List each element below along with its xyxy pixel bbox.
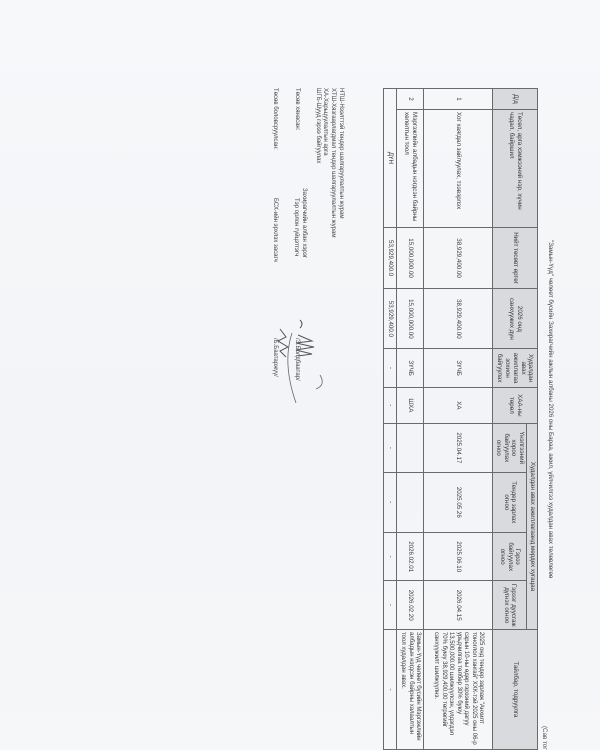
approved-label: Төсөв боловсруулсан: <box>272 88 278 150</box>
prepared-label: Төсөв хянасан: <box>294 88 300 130</box>
prepared-title: Захирагчийн албан хэрэг <box>301 188 307 258</box>
cell-no: 1 <box>424 89 493 110</box>
cell-total-price: 38,929,400.00 <box>424 227 493 289</box>
header-contract-date: Гэрээ байгуулах огноо <box>493 532 527 581</box>
footer: НТШ-Нээлттэй тендер шалгаруулалтын журам… <box>313 88 344 237</box>
cell-method: ХА <box>424 387 493 423</box>
cell-announce-date <box>397 423 424 472</box>
total-dash: - <box>384 423 397 472</box>
cell-budget-2026: 15,000,000.00 <box>397 289 424 349</box>
abbreviations-list: НТШ-Нээлттэй тендер шалгаруулалтын журам… <box>313 88 344 237</box>
header-tender-date: Тендер зарлах огноо <box>493 472 527 532</box>
abbreviation-item: НТШ-Нээлттэй тендер шалгаруулалтын журам <box>336 88 344 237</box>
total-dash: - <box>384 629 397 749</box>
header-no: Д/д <box>493 89 538 110</box>
document-title: "Замын-Үүд" чөлөөт бүсийн Захирагчийн аж… <box>547 240 554 578</box>
handwritten-signature-icon <box>268 315 338 405</box>
table-row: 2 Мэргэжлийн албадын нэгдсэн байрны хөлө… <box>397 89 424 750</box>
cell-funding-source: ЗҮЧБ <box>424 349 493 387</box>
corner-note: (Сав тогт <box>541 726 548 750</box>
cell-announce-date: 2025.04.17 <box>424 423 493 472</box>
abbreviation-item: ХА-Харьцуулалтын арга <box>321 88 329 237</box>
cell-total-price: 15,000,000.00 <box>397 227 424 289</box>
cell-tender-date <box>397 472 424 532</box>
header-completion-date: Гэрээг дуусгаж дүгнэх огноо <box>493 581 527 630</box>
prepared-title-2: Тэр орлон гүйцэтгэгч <box>293 198 299 256</box>
total-dash: - <box>384 472 397 532</box>
approved-title: БСХ-ийн эрхлэх засагч <box>272 198 278 262</box>
total-budget-2026: 53,929,400.0 <box>384 289 397 349</box>
header-budget-2026: 2026 онд санхүүжих дүн <box>493 289 538 349</box>
header-name: Төсөл, арга хэмжээний нэр, хүчин чадал, … <box>493 110 538 228</box>
cell-completion-date: 2026.02.20 <box>397 581 424 630</box>
header-method: ХАА-ны төрөл <box>493 387 538 423</box>
cell-tender-date: 2025.05.26 <box>424 472 493 532</box>
cell-completion-date: 2026.04.15 <box>424 581 493 630</box>
cell-notes: Замын-Үүд чөлөөт бүсийн Мэргэжлийн албад… <box>397 629 424 749</box>
cell-method: ШХА <box>397 387 424 423</box>
cell-name: Мэргэжлийн албадын нэгдсэн байрны хөлөлт… <box>397 110 424 228</box>
abbreviation-item: ШГБ-Шууд гэрээ байгуулах <box>313 88 321 237</box>
total-dash: - <box>384 532 397 581</box>
cell-funding-source: ЗҮЧБ <box>397 349 424 387</box>
total-row: ДҮН 53,929,400.0 53,929,400.0 - - - - - … <box>384 89 397 750</box>
header-timeline-group: Худалдан авах ажиллагаанд мөрдөх хугацаа <box>527 423 538 629</box>
header-announce-date: Үнэлгээний хороо байгуулах огноо <box>493 423 527 472</box>
cell-no: 2 <box>397 89 424 110</box>
abbreviation-item: ХТШ-Хязгаарлагдмал тендер шалгаруулалтын… <box>328 88 336 237</box>
header-total-price: Нийт төсөвт өртөг <box>493 227 538 289</box>
table-row: 1 Хог хаягдал зайлуулах, тээвэрлэх 38,92… <box>424 89 493 750</box>
cell-budget-2026: 38,929,400.00 <box>424 289 493 349</box>
cell-contract-date: 2026.02.01 <box>397 532 424 581</box>
procurement-plan-table: Д/д Төсөл, арга хэмжээний нэр, хүчин чад… <box>383 88 538 750</box>
total-dash: - <box>384 349 397 387</box>
header-funding-source: Худалдан авах ажиллагаа зохион байгуулах <box>493 349 538 387</box>
cell-contract-date: 2025.06.10 <box>424 532 493 581</box>
cell-notes: 2025 онд тендер зарлаж "Анхилт тоноглол … <box>424 629 493 749</box>
total-label: ДҮН <box>384 89 397 228</box>
header-notes: Тайлбар, тодруулга <box>493 629 538 749</box>
total-dash: - <box>384 581 397 630</box>
total-price: 53,929,400.0 <box>384 227 397 289</box>
cell-name: Хог хаягдал зайлуулах, тээвэрлэх <box>424 110 493 228</box>
total-dash: - <box>384 387 397 423</box>
document-page: "Замын-Үүд" чөлөөт бүсийн Захирагчийн аж… <box>0 0 600 750</box>
